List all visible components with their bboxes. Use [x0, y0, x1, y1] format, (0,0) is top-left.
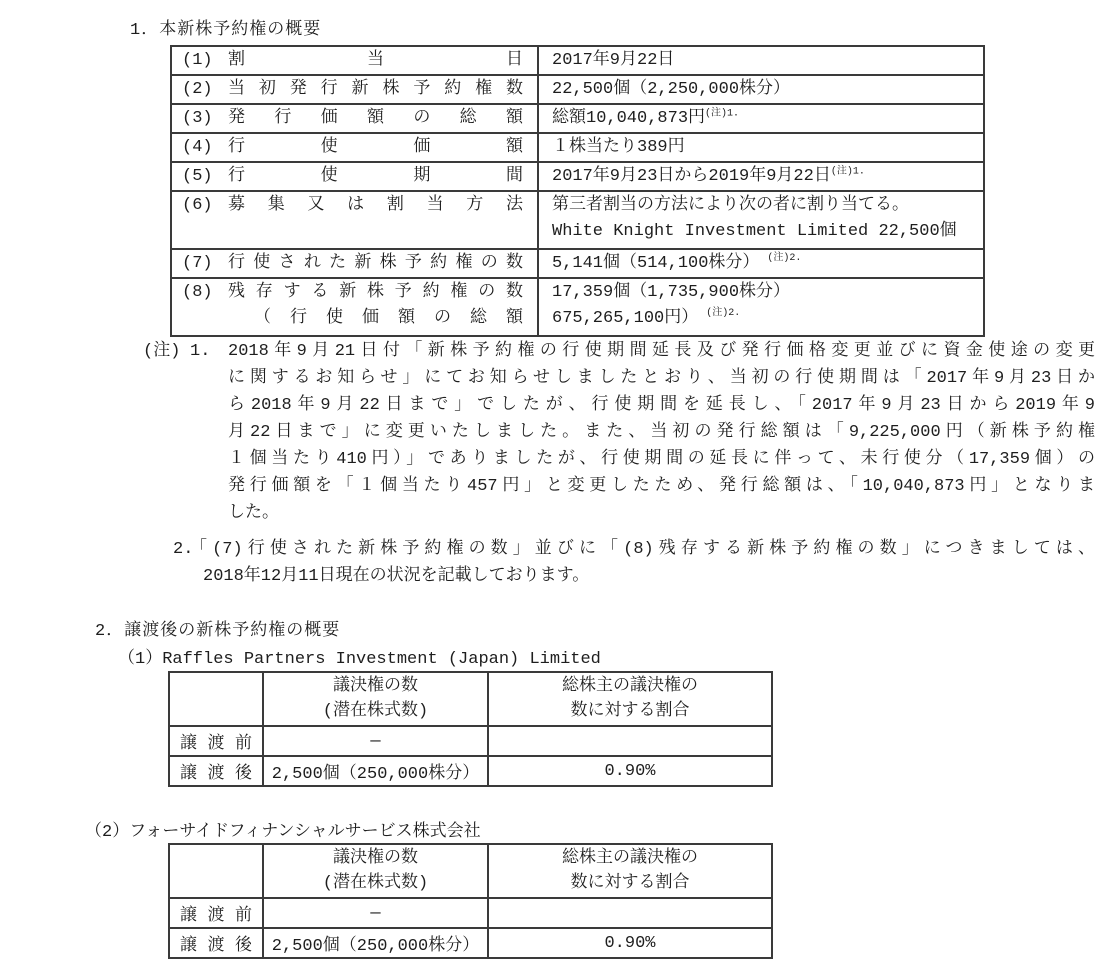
table-row-allotment-method: (6) 募集又は割当方法 第三者割当の方法により次の者に割り当てる。 White…	[172, 190, 983, 248]
row-label-cell: 譲渡前	[170, 727, 264, 755]
notes-block: (注) 1. 2018年9月21日付「新株予約権の行使期間延長及び発行価格変更並…	[143, 338, 1095, 590]
note-1-line: １個当たり410円）」でありましたが、行使期間の延長に伴って、未行使分（17,3…	[228, 446, 1095, 473]
row-value: 2017年9月23日から2019年9月22日(注)1.	[552, 164, 983, 190]
after-transfer-row: 譲渡後 2,500個（250,000株分） 0.90%	[170, 927, 771, 957]
before-transfer-row: 譲渡前 ―	[170, 725, 771, 755]
before-transfer-row: 譲渡前 ―	[170, 897, 771, 927]
votes-header-line1: 議決権の数	[264, 846, 487, 871]
row-number: (6)	[182, 193, 228, 219]
row-number: (5)	[182, 164, 228, 190]
row-label: 譲渡前	[180, 900, 252, 926]
row-label: 行使された新株予約権の数	[228, 251, 523, 277]
label-cell: (6) 募集又は割当方法	[172, 192, 539, 248]
row-number: (2)	[182, 77, 228, 103]
ratio-header-cell: 総株主の議決権の 数に対する割合	[489, 845, 771, 897]
row-value-line2: White Knight Investment Limited 22,500個	[552, 219, 983, 245]
row-value-text: 675,265,100円）	[552, 309, 698, 328]
value-cell: 22,500個（2,250,000株分）	[539, 76, 983, 103]
ratio-cell: 0.90%	[489, 757, 771, 785]
row-value-line1: 第三者割当の方法により次の者に割り当てる。	[552, 193, 983, 219]
ratio-value: 0.90%	[489, 762, 771, 781]
note-2-number: 2.	[173, 536, 190, 590]
row-label: 行使価額	[228, 135, 523, 161]
note-2-body: 「(7)行使された新株予約権の数」並びに「(8)残存する新株予約権の数」につきま…	[190, 536, 1095, 590]
votes-cell: ―	[264, 727, 489, 755]
note-reference: (注)2.	[706, 308, 740, 319]
corner-cell	[170, 845, 264, 897]
votes-value: ―	[264, 904, 487, 923]
note-tag: (注)	[143, 338, 190, 527]
value-cell: 5,141個（514,100株分）(注)2.	[539, 250, 983, 277]
ratio-cell	[489, 899, 771, 927]
table-row-allotment-date: (1) 割当日 2017年9月22日	[172, 47, 983, 74]
value-cell: 第三者割当の方法により次の者に割り当てる。 White Knight Inves…	[539, 192, 983, 248]
votes-header-line2: (潜在株式数)	[264, 699, 487, 724]
row-label-cell: 譲渡後	[170, 929, 264, 957]
note-2: 2. 「(7)行使された新株予約権の数」並びに「(8)残存する新株予約権の数」に…	[173, 536, 1095, 590]
table-row-exercised-warrants: (7) 行使された新株予約権の数 5,141個（514,100株分）(注)2.	[172, 248, 983, 277]
value-cell: 2017年9月23日から2019年9月22日(注)1.	[539, 163, 983, 190]
note-1-line: 月22日まで」に変更いたしました。また、当初の発行総額は「9,225,000円（…	[228, 419, 1095, 446]
voting-rights-table-1: 議決権の数 (潜在株式数) 総株主の議決権の 数に対する割合 譲渡前 ― 譲渡後…	[168, 671, 773, 787]
row-value-text: 2017年9月23日から2019年9月22日	[552, 167, 831, 186]
row-label: 発行価額の総額	[228, 106, 523, 132]
label-cell: (5) 行使期間	[172, 163, 539, 190]
value-cell: 17,359個（1,735,900株分） 675,265,100円）(注)2.	[539, 279, 983, 335]
table-row-remaining-warrants: (8) 残存する新株予約権の数 （行使価額の総額 17,359個（1,735,9…	[172, 277, 983, 335]
table-row-total-issue-amount: (3) 発行価額の総額 総額10,040,873円(注)1.	[172, 103, 983, 132]
label-cell: (2) 当初発行新株予約権数	[172, 76, 539, 103]
ratio-header-cell: 総株主の議決権の 数に対する割合	[489, 673, 771, 725]
ratio-header-line2: 数に対する割合	[489, 699, 771, 724]
note-2-line: 2018年12月11日現在の状況を記載しております。	[203, 563, 1095, 590]
document-page: 1．本新株予約権の概要 (1) 割当日 2017年9月22日 (2) 当初発行新…	[0, 0, 1101, 969]
row-number: (4)	[182, 135, 228, 161]
ratio-value: 0.90%	[489, 934, 771, 953]
note-reference: (注)1.	[705, 108, 739, 119]
row-value: 22,500個（2,250,000株分）	[552, 77, 983, 103]
row-label-line2: （行使価額の総額	[228, 306, 523, 332]
row-value-line2: 675,265,100円）(注)2.	[552, 306, 983, 332]
table-row-exercise-period: (5) 行使期間 2017年9月23日から2019年9月22日(注)1.	[172, 161, 983, 190]
section2-heading: 2．譲渡後の新株予約権の概要	[95, 615, 340, 641]
row-value-text: 総額10,040,873円	[552, 109, 705, 128]
row-label: 譲渡後	[180, 930, 252, 956]
transferee-2-title: （2）フォーサイドフィナンシャルサービス株式会社	[85, 816, 481, 842]
label-cell: (1) 割当日	[172, 47, 539, 74]
ratio-cell	[489, 727, 771, 755]
votes-header-cell: 議決権の数 (潜在株式数)	[264, 845, 489, 897]
row-value-text: 5,141個（514,100株分）	[552, 254, 759, 273]
section1-heading: 1．本新株予約権の概要	[130, 14, 321, 40]
ratio-header-line1: 総株主の議決権の	[489, 674, 771, 699]
note-reference: (注)1.	[831, 166, 865, 177]
note-2-line: 「(7)行使された新株予約権の数」並びに「(8)残存する新株予約権の数」につきま…	[190, 536, 1095, 563]
row-value: １株当たり389円	[552, 135, 983, 161]
votes-header-cell: 議決権の数 (潜在株式数)	[264, 673, 489, 725]
row-value: 2017年9月22日	[552, 48, 983, 74]
row-label: 譲渡前	[180, 728, 252, 754]
row-label: 行使期間	[228, 164, 523, 190]
row-value: 総額10,040,873円(注)1.	[552, 106, 983, 132]
row-number: (3)	[182, 106, 228, 132]
votes-value: ―	[264, 732, 487, 751]
note-1-body: 2018年9月21日付「新株予約権の行使期間延長及び発行価格変更並びに資金使途の…	[228, 338, 1095, 527]
row-number: (7)	[182, 251, 228, 277]
label-cell: (3) 発行価額の総額	[172, 105, 539, 132]
votes-cell: 2,500個（250,000株分）	[264, 929, 489, 957]
votes-value: 2,500個（250,000株分）	[264, 758, 487, 784]
label-cell: (7) 行使された新株予約権の数	[172, 250, 539, 277]
note-1-number: 1.	[190, 338, 228, 527]
row-label-cell: 譲渡前	[170, 899, 264, 927]
row-label-lines: 残存する新株予約権の数 （行使価額の総額	[228, 280, 523, 332]
note-1-line: に関するお知らせ」にてお知らせしましたとおり、当初の行使期間は「2017年9月2…	[228, 365, 1095, 392]
votes-value: 2,500個（250,000株分）	[264, 930, 487, 956]
row-value-line1: 17,359個（1,735,900株分）	[552, 280, 983, 306]
row-label: 譲渡後	[180, 758, 252, 784]
ratio-header-line2: 数に対する割合	[489, 871, 771, 896]
votes-header-line1: 議決権の数	[264, 674, 487, 699]
transferee-1-title: （1）Raffles Partners Investment (Japan) L…	[118, 643, 601, 669]
label-cell: (4) 行使価額	[172, 134, 539, 161]
corner-cell	[170, 673, 264, 725]
votes-cell: 2,500個（250,000株分）	[264, 757, 489, 785]
after-transfer-row: 譲渡後 2,500個（250,000株分） 0.90%	[170, 755, 771, 785]
note-1-line: 発行価額を「１個当たり457円」と変更したため、発行総額は、「10,040,87…	[228, 473, 1095, 500]
note-1-line: ら2018年9月22日まで」でしたが、行使期間を延長し、「2017年9月23日か…	[228, 392, 1095, 419]
row-label-cell: 譲渡後	[170, 757, 264, 785]
row-number: (8)	[182, 280, 228, 306]
row-number: (1)	[182, 48, 228, 74]
table-row-exercise-price: (4) 行使価額 １株当たり389円	[172, 132, 983, 161]
votes-cell: ―	[264, 899, 489, 927]
voting-rights-table-2: 議決権の数 (潜在株式数) 総株主の議決権の 数に対する割合 譲渡前 ― 譲渡後…	[168, 843, 773, 959]
table-row-initial-warrants: (2) 当初発行新株予約権数 22,500個（2,250,000株分）	[172, 74, 983, 103]
header-row: 議決権の数 (潜在株式数) 総株主の議決権の 数に対する割合	[170, 845, 771, 897]
row-label: 募集又は割当方法	[228, 193, 523, 219]
note-1-line: 2018年9月21日付「新株予約権の行使期間延長及び発行価格変更並びに資金使途の…	[228, 338, 1095, 365]
row-label: 当初発行新株予約権数	[228, 77, 523, 103]
votes-header-line2: (潜在株式数)	[264, 871, 487, 896]
note-reference: (注)2.	[767, 253, 801, 264]
value-cell: 2017年9月22日	[539, 47, 983, 74]
warrant-summary-table: (1) 割当日 2017年9月22日 (2) 当初発行新株予約権数 22,500…	[170, 45, 985, 337]
value-cell: 総額10,040,873円(注)1.	[539, 105, 983, 132]
ratio-cell: 0.90%	[489, 929, 771, 957]
row-label: 割当日	[228, 48, 523, 74]
note-1-line: した。	[228, 500, 1095, 527]
row-value: 5,141個（514,100株分）(注)2.	[552, 251, 983, 277]
row-label-line1: 残存する新株予約権の数	[228, 280, 523, 306]
note-1: (注) 1. 2018年9月21日付「新株予約権の行使期間延長及び発行価格変更並…	[143, 338, 1095, 527]
value-cell: １株当たり389円	[539, 134, 983, 161]
ratio-header-line1: 総株主の議決権の	[489, 846, 771, 871]
header-row: 議決権の数 (潜在株式数) 総株主の議決権の 数に対する割合	[170, 673, 771, 725]
label-cell: (8) 残存する新株予約権の数 （行使価額の総額	[172, 279, 539, 335]
